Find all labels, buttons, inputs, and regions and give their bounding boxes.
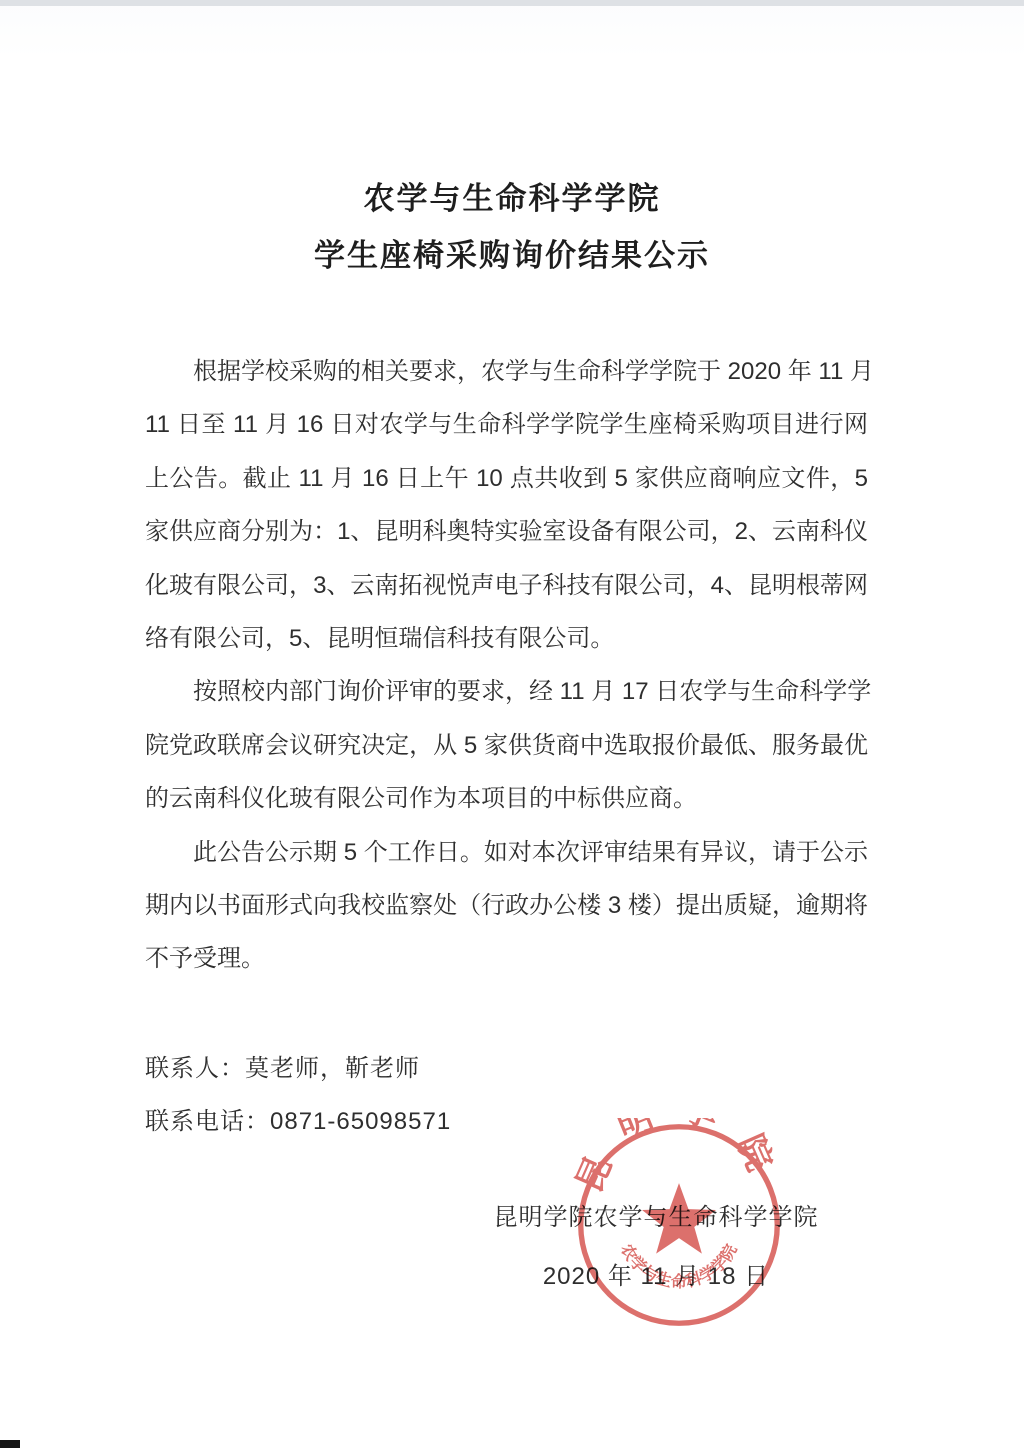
signature-org: 昆明学院农学与生命科学学院 <box>440 1203 872 1233</box>
scan-corner-artifact <box>0 1440 20 1448</box>
body-line: 化玻有限公司，3、云南拓视悦声电子科技有限公司，4、昆明根蒂网 <box>145 559 868 612</box>
body-line: 根据学校采购的相关要求，农学与生命科学学院于 2020 年 11 月 <box>145 345 868 398</box>
body-line: 家供应商分别为：1、昆明科奥特实验室设备有限公司，2、云南科仪 <box>145 505 868 558</box>
body-paragraphs: 根据学校采购的相关要求，农学与生命科学学院于 2020 年 11 月11 日至 … <box>145 345 868 986</box>
body-line: 络有限公司，5、昆明恒瑞信科技有限公司。 <box>145 612 868 665</box>
body-line: 上公告。截止 11 月 16 日上午 10 点共收到 5 家供应商响应文件，5 <box>145 452 868 505</box>
body-line: 院党政联席会议研究决定，从 5 家供货商中选取报价最低、服务最优 <box>145 719 868 772</box>
body-line: 按照校内部门询价评审的要求，经 11 月 17 日农学与生命科学学 <box>145 665 868 718</box>
body-line: 的云南科仪化玻有限公司作为本项目的中标供应商。 <box>145 772 868 825</box>
title-line-2: 学生座椅采购询价结果公示 <box>0 227 1024 284</box>
document-page: 农学与生命科学学院 学生座椅采购询价结果公示 根据学校采购的相关要求，农学与生命… <box>0 0 1024 1448</box>
scan-edge-artifact <box>0 0 1024 6</box>
title-line-1: 农学与生命科学学院 <box>0 170 1024 227</box>
contact-block: 联系人：莫老师，靳老师 联系电话：0871-65098571 <box>145 1042 745 1148</box>
contact-phone: 联系电话：0871-65098571 <box>145 1095 745 1148</box>
body-line: 不予受理。 <box>145 932 868 985</box>
body-line: 11 日至 11 月 16 日对农学与生命科学学院学生座椅采购项目进行网 <box>145 398 868 451</box>
document-title: 农学与生命科学学院 学生座椅采购询价结果公示 <box>0 170 1024 284</box>
signature-block: 昆明学院农学与生命科学学院 2020 年 11 月 18 日 <box>440 1203 872 1292</box>
body-line: 期内以书面形式向我校监察处（行政办公楼 3 楼）提出质疑，逾期将 <box>145 879 868 932</box>
signature-date: 2020 年 11 月 18 日 <box>440 1262 872 1292</box>
body-line: 此公告公示期 5 个工作日。如对本次评审结果有异议，请于公示 <box>145 826 868 879</box>
contact-person: 联系人：莫老师，靳老师 <box>145 1042 745 1095</box>
